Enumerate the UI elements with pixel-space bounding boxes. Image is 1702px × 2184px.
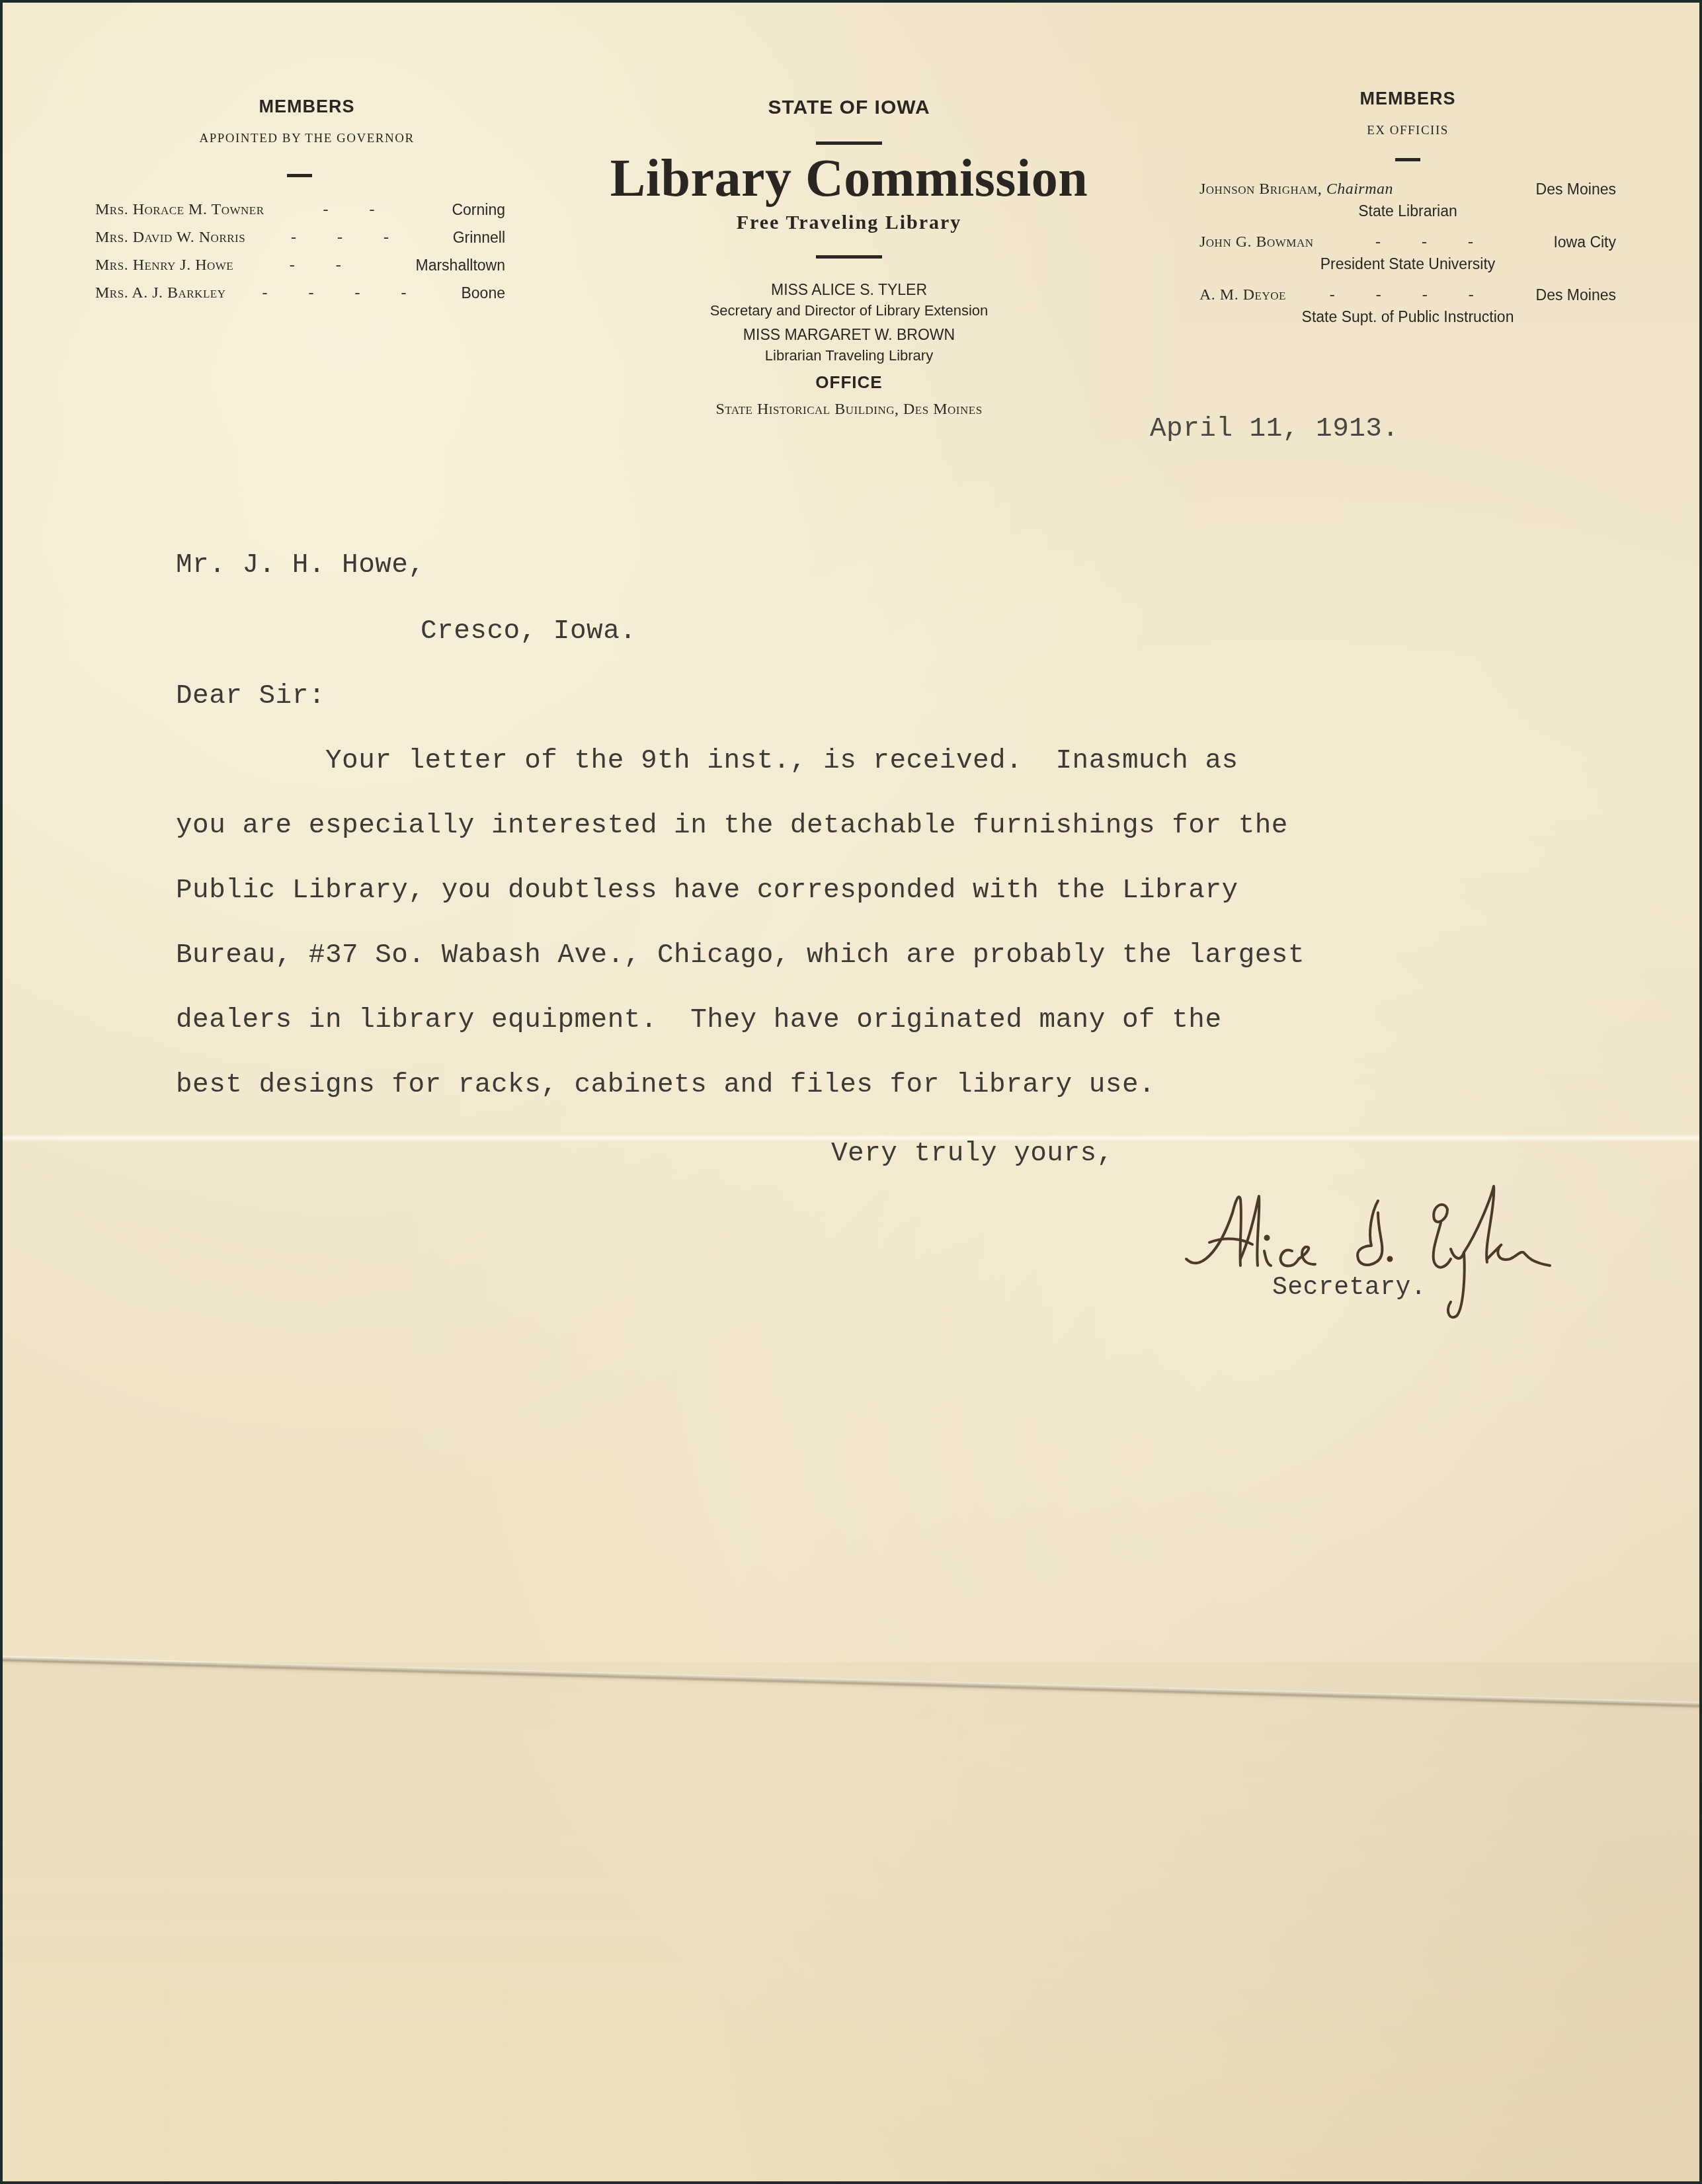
body-line: dealers in library equipment. They have … (176, 1005, 1222, 1035)
staff-role: Secretary and Director of Library Extens… (545, 301, 1153, 321)
member-town: Corning (452, 196, 505, 223)
member-town: Iowa City (1553, 230, 1616, 254)
member-title: State Librarian (1199, 201, 1616, 221)
state-heading: STATE OF IOWA (545, 97, 1153, 119)
members-subheading: APPOINTED BY THE GOVERNOR (108, 132, 505, 146)
staff-name: MISS MARGARET W. BROWN (545, 323, 1153, 346)
letterhead-ex-officio-members: MEMBERS EX OFFICIIS Johnson Brigham, Cha… (1199, 89, 1616, 336)
office-address: State Historical Building, Des Moines (545, 401, 1153, 419)
body-line: you are especially interested in the det… (176, 811, 1288, 841)
divider (816, 142, 882, 145)
member-row: John G. Bowman - - - Iowa City (1199, 230, 1616, 254)
members-heading: MEMBERS (1199, 89, 1616, 109)
member-town: Marshalltown (416, 251, 506, 279)
body-line: Public Library, you doubtless have corre… (176, 875, 1238, 906)
member-name: Johnson Brigham, Chairman (1199, 177, 1393, 201)
organization-title: Library Commission (545, 149, 1153, 209)
leader-dashes: - - (233, 251, 415, 279)
leader-dashes: - - - (1314, 230, 1554, 254)
member-row: Johnson Brigham, Chairman Des Moines (1199, 177, 1616, 201)
member-name: Mrs. A. J. Barkley (95, 279, 225, 307)
signer-title: Secretary. (1272, 1274, 1426, 1302)
member-row: Mrs. David W. Norris - - - Grinnell (95, 223, 505, 251)
divider (816, 255, 882, 259)
member-town: Des Moines (1536, 283, 1616, 307)
salutation: Dear Sir: (176, 681, 325, 711)
letter-date: April 11, 1913. (1150, 414, 1399, 444)
letter-page: MEMBERS APPOINTED BY THE GOVERNOR Mrs. H… (3, 3, 1699, 2181)
leader-dashes: - - - (245, 223, 453, 251)
body-line: Your letter of the 9th inst., is receive… (176, 746, 1238, 776)
office-heading: OFFICE (545, 372, 1153, 393)
recipient-name: Mr. J. H. Howe, (176, 550, 425, 581)
divider (1395, 158, 1420, 161)
body-line: best designs for racks, cabinets and fil… (176, 1070, 1155, 1100)
recipient-location: Cresco, Iowa. (421, 616, 636, 647)
letterhead-center: STATE OF IOWA Library Commission Free Tr… (545, 97, 1153, 419)
member-town: Boone (461, 279, 505, 307)
staff-name: MISS ALICE S. TYLER (545, 278, 1153, 301)
member-row: Mrs. Henry J. Howe - - Marshalltown (95, 251, 505, 279)
member-row: Mrs. A. J. Barkley - - - - Boone (95, 279, 505, 307)
member-title: State Supt. of Public Instruction (1199, 307, 1616, 327)
handwritten-signature-icon (1180, 1173, 1603, 1332)
leader-dashes: - - - - (1286, 283, 1536, 307)
member-name: A. M. Deyoe (1199, 283, 1286, 307)
leader-dashes: - - (264, 196, 452, 223)
body-line: Bureau, #37 So. Wabash Ave., Chicago, wh… (176, 940, 1305, 971)
member-title: President State University (1199, 254, 1616, 274)
staff-role: Librarian Traveling Library (545, 346, 1153, 366)
member-row: A. M. Deyoe - - - - Des Moines (1199, 283, 1616, 307)
closing: Very truly yours, (831, 1139, 1114, 1169)
paper-shading (3, 1662, 1699, 2181)
letterhead-appointed-members: MEMBERS APPOINTED BY THE GOVERNOR Mrs. H… (95, 97, 505, 307)
member-name: Mrs. Horace M. Towner (95, 196, 264, 223)
member-name: Mrs. David W. Norris (95, 223, 245, 251)
divider (287, 174, 312, 177)
organization-subtitle: Free Traveling Library (545, 212, 1153, 234)
member-qualifier: Chairman (1326, 181, 1393, 198)
members-heading: MEMBERS (108, 97, 505, 117)
member-name: Mrs. Henry J. Howe (95, 251, 233, 279)
member-name: John G. Bowman (1199, 230, 1314, 254)
leader-dashes (1393, 177, 1536, 201)
members-subheading: EX OFFICIIS (1199, 124, 1616, 138)
leader-dashes: - - - - (225, 279, 461, 307)
member-town: Grinnell (453, 223, 505, 251)
member-row: Mrs. Horace M. Towner - - Corning (95, 196, 505, 223)
member-town: Des Moines (1536, 177, 1616, 201)
